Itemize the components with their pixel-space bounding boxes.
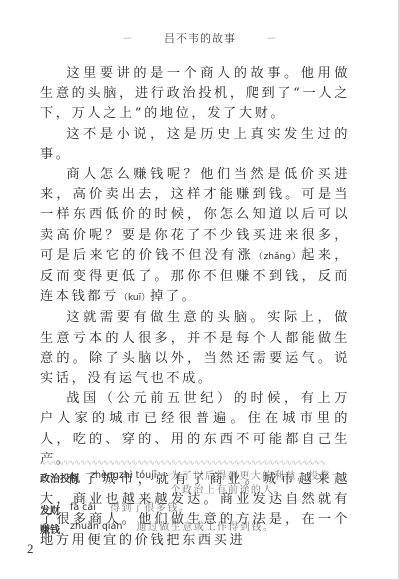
pinyin-annotation-kui: （kuī） xyxy=(119,293,150,303)
glossary-term: 政治投机 xyxy=(40,470,80,485)
glossary-entry: 政治投机 zhèngzhì tóujī 为了以后得到更大的利益，投靠一个政治上有… xyxy=(40,470,360,498)
ornament-left-icon: ∽ xyxy=(122,31,133,45)
glossary-term: 赚钱 xyxy=(40,521,60,536)
glossary-definition: 通过做生意或工作得到钱。 xyxy=(136,521,274,535)
glossary-entry: 发财 fā cái 得到了很多钱。 xyxy=(40,502,360,517)
ornament-right-icon: ∽ xyxy=(267,31,278,45)
paragraph-2: 这不是小说，这是历史上真实发生过的事。 xyxy=(40,125,350,165)
glossary-pinyin: fā cái xyxy=(70,502,96,513)
chapter-title: 吕不韦的故事 xyxy=(164,32,236,45)
paragraph-3-end: 掉了。 xyxy=(150,289,197,304)
glossary: 政治投机 zhèngzhì tóujī 为了以后得到更大的利益，投靠一个政治上有… xyxy=(40,470,360,540)
page-number: 2 xyxy=(27,541,34,557)
glossary-pinyin: zhuàn qián xyxy=(70,521,122,532)
paragraph-4: 这就需要有做生意的头脑。实际上，做生意亏本的人很多，并不是每个人都能做生意的。除… xyxy=(40,308,350,389)
glossary-pinyin: zhèngzhì tóujī xyxy=(90,470,156,481)
running-header: ∽ 吕不韦的故事 ∽ xyxy=(0,30,400,46)
pinyin-annotation-zhang: （zhǎng） xyxy=(254,252,301,262)
glossary-divider: ∿∿∿∿∿∿∿∿∿∿∿∿∿∿∿∿∿∿∿∿∿∿∿∿∿∿∿∿∿∿∿∿∿∿∿∿∿∿∿∿… xyxy=(40,460,350,466)
glossary-term: 发财 xyxy=(40,502,60,517)
paragraph-3: 商人怎么赚钱呢？他们当然是低价买进来，高价卖出去，这样才能赚到钱。可是当一样东西… xyxy=(40,165,350,308)
glossary-definition: 得到了很多钱。 xyxy=(110,502,191,516)
glossary-entry: 赚钱 zhuàn qián 通过做生意或工作得到钱。 xyxy=(40,521,360,536)
paragraph-5: 战国（公元前五世纪）的时候，有上万户人家的城市已经很普遍。住在城市里的人，吃的、… xyxy=(40,389,350,470)
paragraph-1: 这里要讲的是一个商人的故事。他用做生意的头脑，进行政治投机，爬到了“一人之下，万… xyxy=(40,64,350,125)
glossary-definition: 为了以后得到更大的利益，投靠一个政治上有前途的人。 xyxy=(170,470,350,498)
